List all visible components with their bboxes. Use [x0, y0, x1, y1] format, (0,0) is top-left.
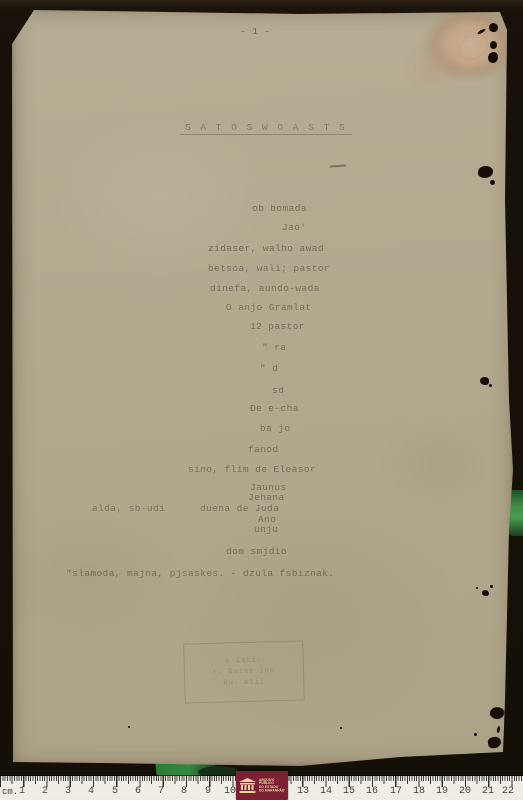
water-stain-lobe — [400, 37, 466, 99]
ruler-number: 15 — [343, 786, 355, 797]
typewritten-line: betsoa, wali; pastor — [208, 263, 330, 274]
ruler-number: 6 — [135, 786, 141, 797]
typewritten-line: fanod — [248, 444, 279, 455]
typewritten-line: duena de Juda — [200, 503, 279, 514]
archive-logo: ARQUIVOPÚBLICODO ESTADODO MARANHÃO — [236, 771, 288, 800]
ruler-number: 9 — [205, 786, 211, 797]
typewritten-line: alda, sb-udi — [92, 503, 165, 514]
ruler-number: 2 — [42, 786, 48, 797]
scan-background: - 1 - S A T O S W O A S T S ob bomadaJao… — [0, 0, 523, 800]
ruler-number: 13 — [297, 786, 309, 797]
stamp-line: ku- stil — [223, 678, 265, 687]
ruler-number: 7 — [158, 786, 164, 797]
typewritten-line: "slamoda, majna, pjsaskes. - dzula fsbiz… — [66, 568, 334, 579]
typewritten-line: " d — [260, 363, 278, 374]
document-title: S A T O S W O A S T S — [180, 122, 352, 135]
archive-logo-text: ARQUIVOPÚBLICODO ESTADODO MARANHÃO — [259, 779, 284, 793]
typewritten-line: zidaser, walho awad — [208, 243, 324, 254]
measurement-ruler: cm. 1234567891013141516171819202122 ARQU… — [0, 776, 523, 800]
ruler-number: 4 — [88, 786, 94, 797]
page-number: - 1 - — [240, 26, 271, 37]
ruler-number: 3 — [65, 786, 71, 797]
document-page: - 1 - S A T O S W O A S T S ob bomadaJao… — [12, 9, 513, 766]
typewritten-line: dinefa, aundo-wada — [210, 283, 320, 294]
pencil-dash — [330, 164, 346, 167]
typewritten-line: ba jo — [260, 423, 291, 434]
stamp-text: o iati-r. Guias inoku- stil — [212, 656, 275, 688]
stamp-line: o iati- — [225, 657, 262, 666]
ruler-number: 20 — [459, 786, 471, 797]
ruler-number: 19 — [436, 786, 448, 797]
ruler-number: 8 — [181, 786, 187, 797]
ruler-number: 17 — [390, 786, 402, 797]
archive-building-icon — [239, 778, 256, 793]
ruler-number: 22 — [502, 786, 514, 797]
ruler-number: 14 — [320, 786, 332, 797]
archive-stamp: o iati-r. Guias inoku- stil — [183, 640, 305, 703]
ruler-number: 16 — [366, 786, 378, 797]
ruler-number: 21 — [482, 786, 494, 797]
typewritten-line: De e-cha — [250, 403, 299, 414]
typewritten-line: sino, flim de Eleasor — [188, 464, 316, 475]
typewritten-line: Jao' — [282, 222, 306, 233]
archive-logo-line: DO MARANHÃO — [259, 789, 284, 792]
typewritten-line: " ra — [262, 342, 286, 353]
typewritten-line: dom smjdio — [226, 546, 287, 557]
ruler-number: 18 — [413, 786, 425, 797]
typewritten-line: unju — [254, 524, 278, 535]
ruler-number: 10 — [224, 786, 236, 797]
typewritten-line: 12 pastor — [250, 321, 305, 332]
typewritten-line: sd — [272, 385, 284, 396]
typewritten-line: Jehana — [248, 492, 285, 503]
typewritten-line: ob bomada — [252, 203, 307, 214]
ruler-number: 5 — [112, 786, 118, 797]
ruler-unit-label: cm. — [2, 787, 18, 797]
ruler-number: 1 — [19, 786, 25, 797]
typewritten-line: O anjo Gramlat — [226, 302, 311, 313]
stamp-line: r. Guias ino — [213, 667, 276, 677]
